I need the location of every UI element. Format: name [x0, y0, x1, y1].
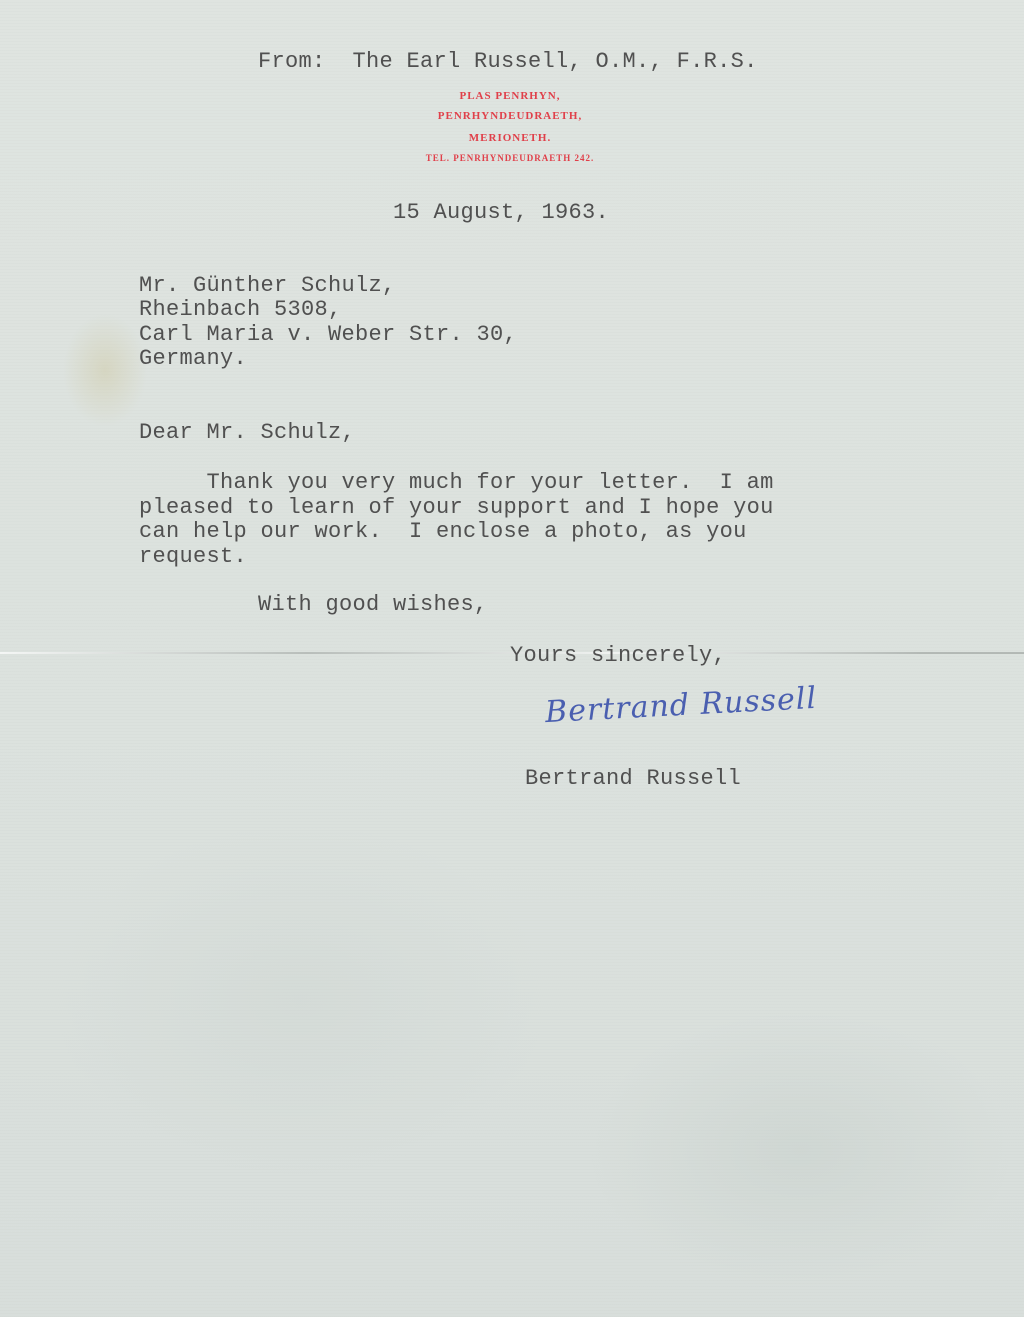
salutation: Dear Mr. Schulz,	[139, 421, 355, 445]
from-line: From: The Earl Russell, O.M., F.R.S.	[258, 50, 758, 74]
letterhead-telephone: TEL. PENRHYNDEUDRAETH 242.	[360, 153, 660, 163]
letterhead-line-2: PENRHYNDEUDRAETH,	[370, 110, 650, 122]
body-line: pleased to learn of your support and I h…	[139, 496, 774, 520]
body-line: can help our work. I enclose a photo, as…	[139, 520, 747, 544]
body-line: Thank you very much for your letter. I a…	[139, 471, 774, 495]
recipient-address-line: Germany.	[139, 347, 247, 371]
valediction: Yours sincerely,	[510, 644, 726, 668]
letter-page: From: The Earl Russell, O.M., F.R.S. PLA…	[0, 0, 1024, 1317]
letterhead-line-1: PLAS PENRHYN,	[370, 90, 650, 102]
body-line: request.	[139, 545, 247, 569]
letter-date: 15 August, 1963.	[393, 201, 609, 225]
letterhead-line-3: MERIONETH.	[370, 132, 650, 144]
recipient-name: Mr. Günther Schulz,	[139, 274, 396, 298]
closing-wishes: With good wishes,	[258, 593, 488, 617]
recipient-address-line: Carl Maria v. Weber Str. 30,	[139, 323, 517, 347]
handwritten-signature: Bertrand Russell	[544, 681, 818, 730]
recipient-address-line: Rheinbach 5308,	[139, 298, 342, 322]
typed-signatory-name: Bertrand Russell	[525, 767, 741, 791]
